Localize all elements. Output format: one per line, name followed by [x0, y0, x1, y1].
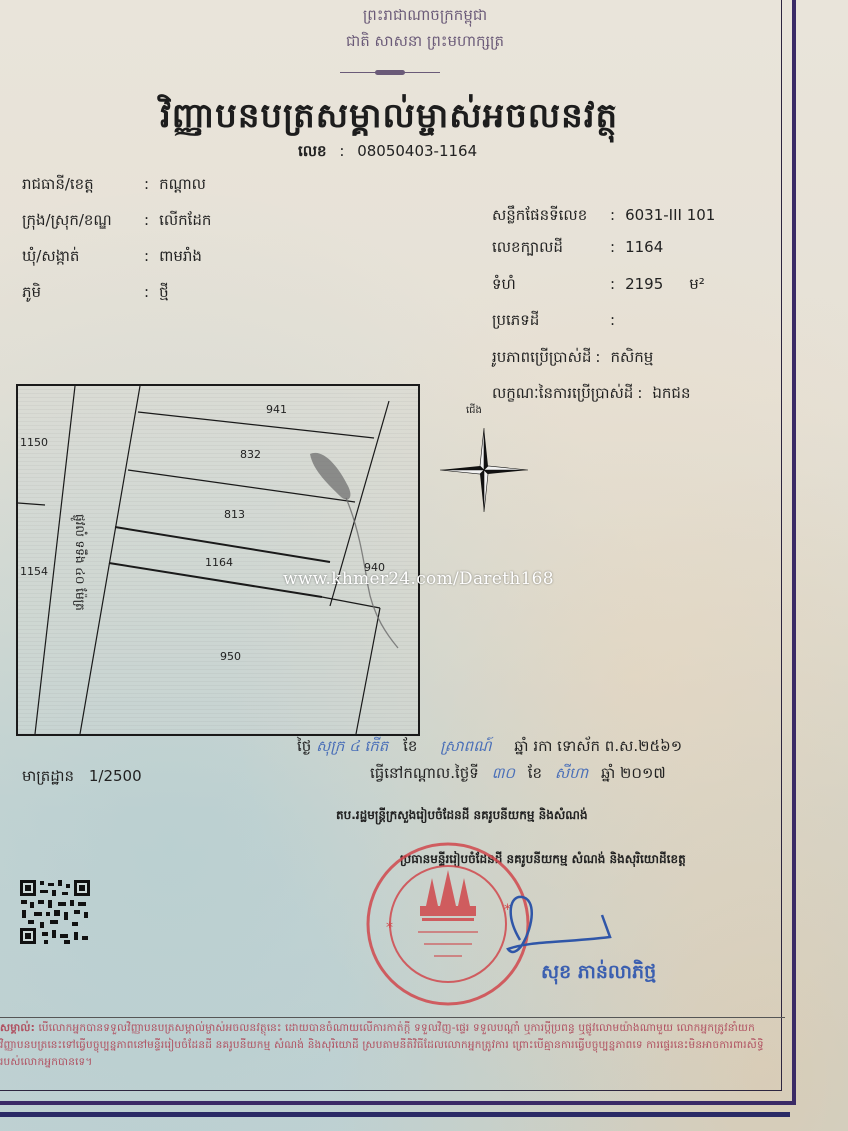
ornament-divider	[340, 72, 440, 73]
signature	[500, 885, 630, 965]
issue-year-label: ឆ្នាំ	[601, 764, 615, 782]
parcel-label: សន្លឹកផែនទីលេខ	[492, 206, 610, 228]
area-unit: ម²	[689, 275, 705, 297]
parcel-label: ប្រភេទដី	[492, 311, 610, 333]
authority-minister: តប.រដ្ឋមន្ត្រីក្រសួងរៀបចំដែនដី នគរូបនីយក…	[336, 807, 588, 825]
map-scale: មាត្រដ្ឋាន 1/2500	[22, 767, 142, 789]
cadastral-map: 941 832 813 1164 940 950 1150 1154 ផ្លូវ…	[16, 384, 420, 736]
location-row-village: ភូមិ : ថ្មី	[22, 283, 169, 305]
note-divider	[0, 1017, 785, 1018]
lunar-day: សុក្រ ៤ កើត	[316, 737, 388, 755]
location-label: ក្រុង/ស្រុក/ខណ្ឌ	[22, 211, 144, 233]
colon: :	[610, 238, 615, 260]
colon: :	[144, 175, 149, 197]
lunar-year: រកា ទោស័ក ព.ស.២៥៦១	[533, 737, 682, 755]
location-label: រាជធានី/ខេត្ត	[22, 175, 144, 197]
location-value: លើកដែក	[159, 211, 211, 233]
parcel-label-813: 813	[224, 508, 245, 521]
watermark-text: www.khmer24.com/Dareth168	[283, 569, 554, 589]
road-label: ផ្លូវលំ ទទឹង ៤០ ម៉ែត្រ	[70, 514, 88, 611]
parcel-row-map-sheet: សន្លឹកផែនទីលេខ : 6031-III 101	[492, 206, 715, 228]
qr-code	[18, 878, 92, 946]
compass-rose-icon	[436, 420, 532, 520]
location-value: ថ្មី	[159, 283, 169, 305]
parcel-label-941: 941	[266, 403, 287, 416]
parcel-row-land-use: រូបភាពប្រើប្រាស់ដី : កសិកម្ម	[492, 348, 653, 370]
certificate-number-sep: :	[339, 142, 344, 160]
national-motto: ជាតិ សាសនា ព្រះមហាក្សត្រ	[300, 32, 550, 54]
parcel-value: 6031-III 101	[625, 206, 715, 228]
parcel-label-950: 950	[220, 650, 241, 663]
parcel-label-832: 832	[240, 448, 261, 461]
colon: :	[610, 311, 615, 333]
parcel-value: កសិកម្ម	[610, 348, 653, 370]
issue-year: ២០១៧	[620, 764, 666, 782]
svg-text:*: *	[386, 920, 393, 936]
parcel-row-number: លេខក្បាលដី : 1164	[492, 238, 663, 260]
certificate-number: លេខ : 08050403-1164	[298, 142, 477, 164]
parcel-row-ownership: លក្ខណៈនៃការប្រើប្រាស់ដី : ឯកជន	[492, 384, 690, 406]
note-text: បើលោកអ្នកបានទទួលវិញ្ញាបនបត្រសម្គាល់ម្ចាស…	[0, 1022, 764, 1068]
year-prefix: ឆ្នាំ	[514, 737, 528, 755]
parcel-value: 2195	[625, 275, 663, 297]
colon: :	[144, 247, 149, 269]
location-row-commune: ឃុំ/សង្កាត់ : ពាមរាំង	[22, 247, 202, 269]
colon: :	[144, 283, 149, 305]
day-prefix: ថ្ងៃ	[297, 737, 311, 755]
north-label: ជើង	[466, 403, 482, 418]
colon: :	[144, 211, 149, 233]
certificate-number-value: 08050403-1164	[357, 142, 477, 160]
parcel-label: លេខក្បាលដី	[492, 238, 610, 260]
kingdom-heading: ព្រះរាជាណាចក្រកម្ពុជា	[300, 6, 550, 28]
colon: :	[610, 206, 615, 228]
parcel-label: ទំហំ	[492, 275, 610, 297]
parcel-label-1164: 1164	[205, 556, 233, 569]
parcel-label: លក្ខណៈនៃការប្រើប្រាស់ដី	[492, 384, 633, 406]
location-row-province: រាជធានី/ខេត្ត : កណ្ដាល	[22, 175, 206, 197]
location-label: ភូមិ	[22, 283, 144, 305]
parcel-row-land-type: ប្រភេទដី :	[492, 311, 625, 333]
colon: :	[637, 384, 642, 406]
issue-date-line: ធ្វើនៅកណ្ដាល.ថ្ងៃទី ៣០ ខែ សីហា ឆ្នាំ ២០១…	[370, 764, 666, 786]
document-title: វិញ្ញាបនបត្រសម្គាល់ម្ចាស់អចលនវត្ថុ	[160, 94, 618, 144]
made-at-label: ធ្វើនៅកណ្ដាល.ថ្ងៃទី	[370, 764, 479, 782]
scale-value: 1/2500	[89, 767, 142, 785]
lunar-month: ស្រាពណ៍	[440, 737, 491, 755]
issue-day: ៣០	[492, 764, 515, 782]
parcel-label-1150: 1150	[20, 436, 48, 449]
note-label: សម្គាល់:	[0, 1022, 35, 1034]
location-row-district: ក្រុង/ស្រុក/ខណ្ឌ : លើកដែក	[22, 211, 211, 233]
issue-month: សីហា	[555, 764, 588, 782]
parcel-label: រូបភាពប្រើប្រាស់ដី	[492, 348, 591, 370]
colon: :	[610, 275, 615, 297]
colon: :	[595, 348, 600, 370]
certificate-number-label: លេខ	[298, 142, 327, 160]
lunar-date-line: ថ្ងៃ សុក្រ ៤ កើត ខែ ស្រាពណ៍ ឆ្នាំ រកា ទោ…	[297, 737, 682, 759]
bottom-border-band	[0, 1112, 790, 1117]
scale-label: មាត្រដ្ឋាន	[22, 767, 74, 785]
issue-month-label: ខែ	[528, 764, 542, 782]
parcel-value: ឯកជន	[652, 384, 690, 406]
parcel-row-area: ទំហំ : 2195 ម²	[492, 275, 705, 297]
parcel-value: 1164	[625, 238, 663, 260]
location-label: ឃុំ/សង្កាត់	[22, 247, 144, 269]
parcel-label-1154: 1154	[20, 565, 48, 578]
location-value: កណ្ដាល	[159, 175, 206, 197]
location-value: ពាមរាំង	[159, 247, 202, 269]
legal-note: សម្គាល់: បើលោកអ្នកបានទទួលវិញ្ញាបនបត្រសម្…	[0, 1020, 780, 1071]
signer-name: សុខ ភាន់លាភិថ្ម	[541, 960, 656, 988]
month-prefix: ខែ	[403, 737, 417, 755]
